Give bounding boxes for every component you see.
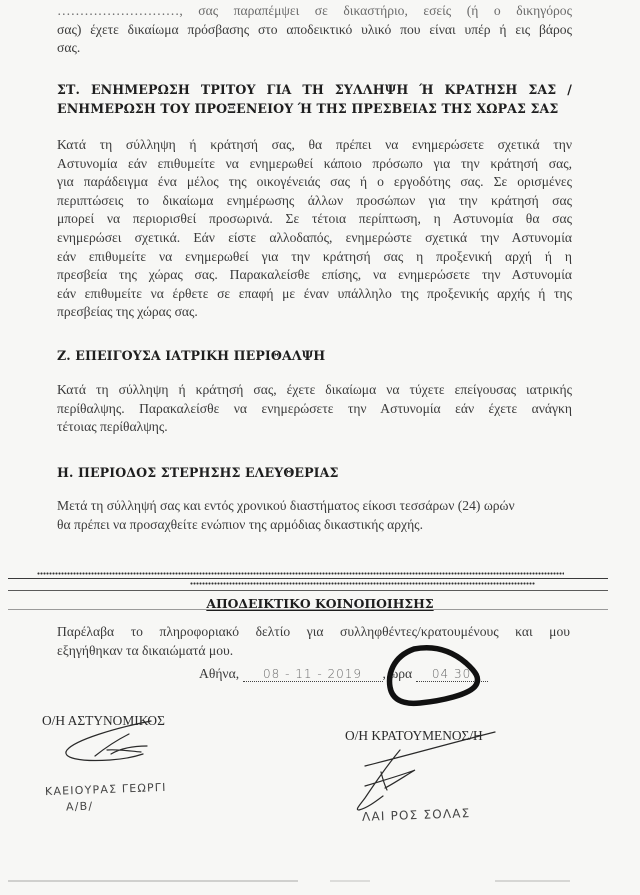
place-label: Αθήνα, <box>199 666 239 681</box>
text-line: περιπτώσεις το δικαίωμα ενημέρωσης άλλων… <box>57 192 572 211</box>
bottom-mark <box>330 880 370 882</box>
text-line: Μετά τη σύλληψή σας και εντός χρονικού δ… <box>57 497 572 516</box>
text-line: εάν επιθυμείτε να ενημερωθεί για την κρά… <box>57 248 572 267</box>
receipt-title-text: ΑΠΟΔΕΙΚΤΙΚΟ ΚΟΙΝΟΠΟΙΗΣΗΣ <box>206 596 433 611</box>
text-line: ………………………, σας παραπέμψει σε δικαστήριο,… <box>57 2 572 21</box>
hand-drawn-circle-icon <box>380 643 485 713</box>
officer-handwritten-rank: Α/Β/ <box>66 800 94 814</box>
section-h-heading: Η. ΠΕΡΙΟΔΟΣ ΣΤΕΡΗΣΗΣ ΕΛΕΥΘΕΡΙΑΣ <box>57 463 339 482</box>
text-line: Κατά τη σύλληψη ή κράτησή σας, έχετε δικ… <box>57 381 572 400</box>
text-line: πρεσβείας της χώρας σας. <box>57 303 572 322</box>
dotted-separator <box>190 582 535 585</box>
text-line: τέτοιας περίθαλψης. <box>57 418 572 437</box>
section-z-body: Κατά τη σύλληψη ή κράτησή σας, έχετε δικ… <box>57 381 572 437</box>
section-st-body: Κατά τη σύλληψη ή κράτησή σας, θα πρέπει… <box>57 136 572 322</box>
top-paragraph: ………………………, σας παραπέμψει σε δικαστήριο,… <box>57 2 572 58</box>
text-line: εάν επιθυμείτε να έρθετε σε επαφή με ένα… <box>57 285 572 304</box>
text-line: θα πρέπει να προσαχθείτε ενώπιον της αρμ… <box>57 516 572 535</box>
text-line: ενημερώσει σχετικά. Εάν είστε αλλοδαπός,… <box>57 229 572 248</box>
heading-text: Ζ. ΕΠΕΙΓΟΥΣΑ ΙΑΤΡΙΚΗ ΠΕΡΙΘΑΛΨΗ <box>57 346 325 365</box>
heading-text: Η. ΠΕΡΙΟΔΟΣ ΣΤΕΡΗΣΗΣ ΕΛΕΥΘΕΡΙΑΣ <box>57 463 339 482</box>
separator-line <box>8 578 608 579</box>
text-line: εξηγήθηκαν τα δικαιώματά μου. <box>57 642 570 661</box>
text-line: Παρέλαβα το πληροφοριακό δελτίο για συλλ… <box>57 623 570 642</box>
text-line: Αστυνομία εάν επιθυμείτε να ενημερωθεί κ… <box>57 155 572 174</box>
heading-line: ΕΝΗΜΕΡΩΣΗ ΤΟΥ ΠΡΟΞΕΝΕΙΟΥ Ή ΤΗΣ ΠΡΕΣΒΕΙΑΣ… <box>57 99 572 118</box>
text-line: για παράδειγμα ένα μέλος της οικογένειάς… <box>57 173 572 192</box>
heading-line: ΣΤ. ΕΝΗΜΕΡΩΣΗ ΤΡΙΤΟΥ ΓΙΑ ΤΗ ΣΥΛΛΗΨΗ Ή ΚΡ… <box>57 80 572 99</box>
receipt-body: Παρέλαβα το πληροφοριακό δελτίο για συλλ… <box>57 623 570 660</box>
section-z-heading: Ζ. ΕΠΕΙΓΟΥΣΑ ΙΑΤΡΙΚΗ ΠΕΡΙΘΑΛΨΗ <box>57 346 325 365</box>
officer-handwritten-name: ΚΑΕΙΟΥΡΑΣ ΓΕΩΡΓΙ <box>45 781 167 798</box>
section-st-heading: ΣΤ. ΕΝΗΜΕΡΩΣΗ ΤΡΙΤΟΥ ΓΙΑ ΤΗ ΣΥΛΛΗΨΗ Ή ΚΡ… <box>57 80 572 118</box>
date-value: 08 - 11 - 2019 <box>263 667 362 681</box>
text-line: σας. <box>57 39 572 58</box>
text-line: μπορεί να περιορισθεί προσωρινά. Σε τέτο… <box>57 210 572 229</box>
section-h-body: Μετά τη σύλληψή σας και εντός χρονικού δ… <box>57 497 572 534</box>
bottom-mark <box>8 880 298 882</box>
text-line: πρεσβεία της χώρας σας. Παρακαλείσθε επί… <box>57 266 572 285</box>
bottom-mark <box>495 880 570 882</box>
text-line: σας) έχετε δικαίωμα πρόσβασης στο αποδει… <box>57 21 572 40</box>
separator-line <box>8 590 608 591</box>
document-page: ………………………, σας παραπέμψει σε δικαστήριο,… <box>0 0 640 895</box>
text-line: Κατά τη σύλληψη ή κράτησή σας, θα πρέπει… <box>57 136 572 155</box>
dotted-separator <box>37 572 564 575</box>
text-line: περίθαλψης. Παρακαλείσθε να ενημερώσετε … <box>57 400 572 419</box>
date-field: 08 - 11 - 2019 <box>243 667 383 682</box>
officer-signature-icon <box>55 718 165 768</box>
receipt-title: ΑΠΟΔΕΙΚΤΙΚΟ ΚΟΙΝΟΠΟΙΗΣΗΣ <box>0 596 640 611</box>
